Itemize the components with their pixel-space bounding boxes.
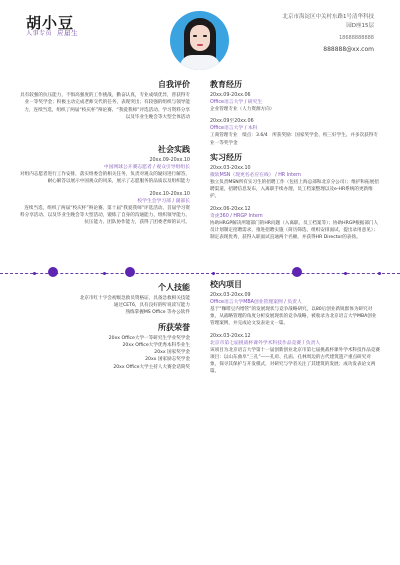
social-practice-section: 社会实践 20xx.09-20xx.10 中国网球公开赛志愿者 / 观众引导组组… <box>20 145 190 226</box>
entry-org: Office语言大学 / 本科 <box>210 125 380 132</box>
entry-org: Office语言大学 / 研究生 <box>210 99 380 106</box>
education-section: 教育经历 20xx.09-20xx.06 Office语言大学 / 研究生 企业… <box>210 80 380 147</box>
large-dot-icon <box>48 267 58 277</box>
entry-org: 奇虎360 / HRGP Intern <box>210 213 380 220</box>
campus-projects-section: 校内项目 20xx.03-20xx.09 Office语言大学MBA创业管理案例… <box>210 280 380 376</box>
section-title: 自我评价 <box>20 80 190 90</box>
internship-entry: 20xx.03-20xx.10 微软MSN（现更名必应在线） / HR Inte… <box>210 165 380 201</box>
right-column: 教育经历 20xx.09-20xx.06 Office语言大学 / 研究生 企业… <box>210 80 380 382</box>
skill-line: 北京市红十字会初级急救员资格证，具备急救相关技能 <box>20 295 190 302</box>
entry-text: 独立负责MSN所有实习生的招聘工作（包括上海总部和北京分公司）；维护和拓展招聘渠… <box>210 179 380 201</box>
entry-date: 20xx.03-20xx.12 <box>210 333 380 340</box>
entry-text: 基于“咖啡豆内增管”的发展现状与竞争战略研究，以80后创业新锐群体为研究对象，从… <box>210 306 380 328</box>
contact-block: 北京市海淀区中关村东路1号清华科技 园D座15层 18688888888 888… <box>282 13 374 54</box>
photo-face <box>190 25 210 51</box>
honor-line: 20xx Office大学优秀本科毕业生 <box>20 342 190 349</box>
job-position: 人事专员 <box>26 30 52 37</box>
entry-date: 20xx.09-20xx.06 <box>210 92 380 99</box>
section-title: 校内项目 <box>210 280 380 290</box>
section-title: 所获荣誉 <box>20 323 190 333</box>
entry-org: 校学生会学习部 / 副部长 <box>20 198 190 205</box>
internship-entry: 20xx.06-20xx.12 奇虎360 / HRGP Intern 协助HR… <box>210 206 380 242</box>
small-dot-icon <box>212 272 215 275</box>
photo-lips <box>197 44 203 46</box>
entry-org: Office语言大学MBA创业管理案例 / 负责人 <box>210 299 380 306</box>
photo-eye-right <box>203 35 207 37</box>
self-evaluation-section: 自我评价 具有较强的抗压能力，不惧高强度的工作挑战，勤奋认真，专业成绩优异，曾获… <box>20 80 190 121</box>
practice-entry: 20xx.09-20xx.10 中国网球公开赛志愿者 / 观众引导组组长 对组内… <box>20 157 190 186</box>
small-dot-icon <box>33 272 36 275</box>
entry-date: 20xx.09至20xx.06 <box>210 118 380 125</box>
education-entry: 20xx.09-20xx.06 Office语言大学 / 研究生 企业管理专业（… <box>210 92 380 113</box>
section-title: 个人技能 <box>20 283 190 293</box>
internship-section: 实习经历 20xx.03-20xx.10 微软MSN（现更名必应在线） / HR… <box>210 153 380 242</box>
education-entry: 20xx.09至20xx.06 Office语言大学 / 本科 工商管理专业 绩… <box>210 118 380 147</box>
entry-text: 对组内志愿者进行工作安排，落实组委会的相关任务，负责对观众的疑问进行解答，耐心解… <box>20 171 190 186</box>
honor-line: 20xx 国家励志奖学金 <box>20 356 190 363</box>
practice-entry: 20xx.10-20xx.10 校学生会学习部 / 副部长 连续当选，组织了两届… <box>20 191 190 227</box>
entry-text: 工商管理专业 绩点：3.6/4 所获奖励：国家奖学金、校三好学生、并多次获得专业… <box>210 132 380 147</box>
candidate-status: 应届生 <box>57 29 78 37</box>
entry-org: 微软MSN（现更名必应在线） / HR Intern <box>210 172 380 179</box>
entry-text: 企业管理专业（人力资源方向） <box>210 106 380 113</box>
photo-shirt <box>180 55 220 70</box>
entry-date: 20xx.10-20xx.10 <box>20 191 190 198</box>
entry-org: 中国网球公开赛志愿者 / 观众引导组组长 <box>20 164 190 171</box>
dashed-divider <box>0 273 400 274</box>
photo-eye-left <box>193 35 197 37</box>
entry-date: 20xx.06-20xx.12 <box>210 206 380 213</box>
honor-line: 20xx 国家奖学金 <box>20 349 190 356</box>
candidate-role: 人事专员应届生 <box>26 28 78 37</box>
entry-text: 协助HRGP解决所辖部门的HR问题（入离职、员工档案等）；协助HRGP根据部门人… <box>210 220 380 242</box>
small-dot-icon <box>103 272 106 275</box>
project-entry: 20xx.03-20xx.09 Office语言大学MBA创业管理案例 / 负责… <box>210 292 380 328</box>
left-column: 自我评价 具有较强的抗压能力，不惧高强度的工作挑战，勤奋认真，专业成绩优异，曾获… <box>20 80 190 377</box>
entry-org: 北京市第七届挑战杯课外学术科技作品竞赛 / 负责人 <box>210 340 380 347</box>
entry-text: 连续当选，组织了两届“校庆杯”辩论赛、第十届“我爱我师”评选活动、首届学习资料分… <box>20 205 190 227</box>
profile-photo <box>170 11 229 70</box>
small-dot-icon <box>378 272 381 275</box>
phone-number: 18688888888 <box>282 34 374 43</box>
large-dot-icon <box>292 267 302 277</box>
large-dot-icon <box>125 267 135 277</box>
honor-line: 20xx Office大学一等研究生学业奖学金 <box>20 335 190 342</box>
skills-section: 个人技能 北京市红十字会初级急救员资格证，具备急救相关技能 通过CET6，具有良… <box>20 283 190 317</box>
small-dot-icon <box>344 272 347 275</box>
project-entry: 20xx.03-20xx.12 北京市第七届挑战杯课外学术科技作品竞赛 / 负责… <box>210 333 380 376</box>
skill-line: 通过CET6，具有良好的听说读写能力 <box>20 302 190 309</box>
honor-line: 20xx Office大学主持人大赛金话筒奖 <box>20 364 190 371</box>
entry-date: 20xx.03-20xx.09 <box>210 292 380 299</box>
entry-text: 该项目为北京语言大学第十一届创新创业北京市第七届挑战杯课外学术科技作品竞赛项目：… <box>210 347 380 376</box>
address-line-1: 北京市海淀区中关村东路1号清华科技 <box>282 13 374 22</box>
address-line-2: 园D座15层 <box>282 22 374 31</box>
entry-date: 20xx.09-20xx.10 <box>20 157 190 164</box>
section-title: 教育经历 <box>210 80 380 90</box>
entry-date: 20xx.03-20xx.10 <box>210 165 380 172</box>
email-address: 888888@xx.com <box>282 45 374 54</box>
section-title: 实习经历 <box>210 153 380 163</box>
honors-section: 所获荣誉 20xx Office大学一等研究生学业奖学金 20xx Office… <box>20 323 190 371</box>
skill-line: 熟练掌握MS Office 等办公软件 <box>20 309 190 316</box>
section-title: 社会实践 <box>20 145 190 155</box>
self-evaluation-text: 具有较强的抗压能力，不惧高强度的工作挑战，勤奋认真，专业成绩优异，曾获得专业一等… <box>20 92 190 121</box>
